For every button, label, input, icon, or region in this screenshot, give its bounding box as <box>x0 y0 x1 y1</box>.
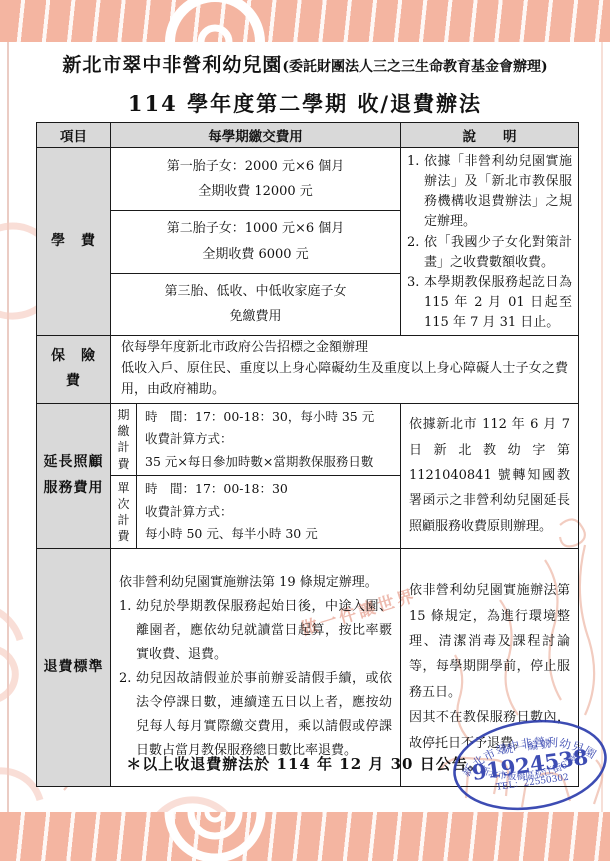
header-note: 說 明 <box>401 123 579 148</box>
refund-content: 依非營利幼兒園實施辦法第 19 條規定辦理。 1. 幼兒於學期教保服務起始日後，… <box>111 548 401 786</box>
extended-care-note: 依據新北市 112 年 6 月 7 日新北教幼字第 1121040841 號轉知… <box>401 403 579 548</box>
insurance-label: 保 險 費 <box>37 336 111 403</box>
top-arch-ornament <box>160 0 270 42</box>
tuition-row-1: 學 費 第一胎子女：2000 元×6 個月 全期收費 12000 元 1. 依據… <box>37 148 579 211</box>
top-decorative-band <box>0 0 610 42</box>
periodic-billing-sublabel: 期繳計費 <box>111 403 137 476</box>
periodic-billing-content: 時 間：17：00-18：30，每小時 35 元 收費計算方式： 35 元×每日… <box>137 403 401 476</box>
insurance-line2: 低收入戶、原住民、重度以上身心障礙幼生及重度以上身心障礙人士子女之費用，由政府補… <box>121 359 568 401</box>
tuition-notes: 1. 依據「非營利幼兒園實施辦法」及「新北市教保服務機構收退費辦法」之規定辦理。… <box>401 148 579 336</box>
periodic-method-label: 收費計算方式： <box>145 428 392 451</box>
tuition-note-1: 1. 依據「非營利幼兒園實施辦法」及「新北市教保服務機構收退費辦法」之規定辦理。 <box>407 152 572 233</box>
header-fee: 每學期繳交費用 <box>111 123 401 148</box>
insurance-row: 保 險 費 依每學年度新北市政府公告招標之金額辦理 低收入戶、原住民、重度以上身… <box>37 336 579 403</box>
periodic-formula: 35 元×每日參加時數×當期教保服務日數 <box>145 451 392 474</box>
single-time: 時 間：17：00-18：30 <box>145 478 392 501</box>
extended-care-row-periodic: 延長照顧 服務費用 期繳計費 時 間：17：00-18：30，每小時 35 元 … <box>37 403 579 476</box>
school-name-annotation: (委託財團法人三之三生命教育基金會辦理) <box>282 59 547 75</box>
refund-label: 退費標準 <box>37 548 111 786</box>
refund-intro: 依非營利幼兒園實施辦法第 19 條規定辦理。 <box>119 571 392 595</box>
tuition-tier-3-line1: 第三胎、低收、中低收家庭子女 <box>111 279 400 304</box>
single-billing-sublabel: 單次計費 <box>111 476 137 549</box>
extended-care-label: 延長照顧 服務費用 <box>37 403 111 548</box>
document-subtitle: 114 學年度第二學期 收/退費辦法 <box>0 88 610 118</box>
tuition-tier-1-line1: 第一胎子女：2000 元×6 個月 <box>111 154 400 179</box>
insurance-content: 依每學年度新北市政府公告招標之金額辦理 低收入戶、原住民、重度以上身心障礙幼生及… <box>111 336 579 403</box>
tuition-tier-3-line2: 免繳費用 <box>111 304 400 329</box>
official-seal: 新北市翠中非營利幼兒園 統一編號 91924538 TEL：22550302 新… <box>448 705 610 827</box>
extended-care-label-line1: 延長照顧 <box>37 450 110 475</box>
bottom-arch-ornament <box>155 812 275 861</box>
extended-care-label-line2: 服務費用 <box>37 476 110 501</box>
refund-item-1: 1. 幼兒於學期教保服務起始日後，中途入園、離園者，應依幼兒就讀當日起算，按比率… <box>119 595 392 667</box>
tuition-tier-1-line2: 全期收費 12000 元 <box>111 179 400 204</box>
periodic-time: 時 間：17：00-18：30，每小時 35 元 <box>145 406 392 429</box>
single-formula: 每小時 50 元、每半小時 30 元 <box>145 523 392 546</box>
tuition-note-2: 2. 依「我國少子女化對策計畫」之收費數額收費。 <box>407 233 572 273</box>
school-name: 新北市翠中非營利幼兒園 <box>62 54 282 76</box>
single-method-label: 收費計算方式： <box>145 501 392 524</box>
tuition-tier-2-line2: 全期收費 6000 元 <box>111 242 400 267</box>
document-title: 新北市翠中非營利幼兒園(委託財團法人三之三生命教育基金會辦理) <box>0 50 610 77</box>
single-billing-content: 時 間：17：00-18：30 收費計算方式： 每小時 50 元、每半小時 30… <box>137 476 401 549</box>
refund-note-line1: 依非營利幼兒園實施辦法第 15 條規定，為進行環境整理、清潔消毒及課程討論等，每… <box>409 578 570 705</box>
fee-policy-table: 項目 每學期繳交費用 說 明 學 費 第一胎子女：2000 元×6 個月 全期收… <box>36 122 579 787</box>
refund-item-2: 2. 幼兒因故請假並於事前辦妥請假手續，或依法令停課日數，連續達五日以上者，應按… <box>119 667 392 763</box>
header-item: 項目 <box>37 123 111 148</box>
tuition-label: 學 費 <box>37 148 111 336</box>
tuition-tier-2: 第二胎子女：1000 元×6 個月 全期收費 6000 元 <box>111 210 401 273</box>
tuition-tier-3: 第三胎、低收、中低收家庭子女 免繳費用 <box>111 273 401 336</box>
insurance-line1: 依每學年度新北市政府公告招標之金額辦理 <box>121 338 568 359</box>
tuition-tier-2-line1: 第二胎子女：1000 元×6 個月 <box>111 216 400 241</box>
table-header-row: 項目 每學期繳交費用 說 明 <box>37 123 579 148</box>
tuition-note-3: 3. 本學期教保服務起訖日為 115 年 2 月 01 日起至 115 年 7 … <box>407 273 572 333</box>
tuition-tier-1: 第一胎子女：2000 元×6 個月 全期收費 12000 元 <box>111 148 401 211</box>
